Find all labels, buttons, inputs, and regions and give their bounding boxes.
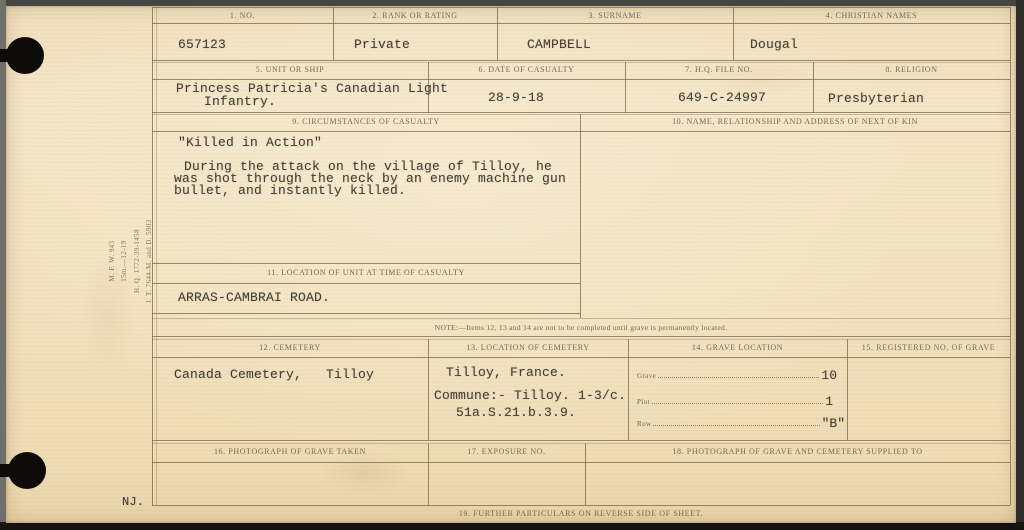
table-rule-horizontal: [152, 462, 1010, 463]
further-particulars-line: 19. FURTHER PARTICULARS ON REVERSE SIDE …: [152, 509, 1010, 518]
table-rule-horizontal: [152, 283, 580, 284]
table-rule-horizontal: [152, 62, 1010, 63]
row-row-label: Row: [637, 420, 651, 428]
table-rule-horizontal: [152, 318, 1010, 319]
field-religion-label: 8. RELIGION: [813, 65, 1010, 74]
table-rule-horizontal: [152, 79, 1010, 80]
table-rule-horizontal: [152, 339, 1010, 340]
field-surname-value: CAMPBELL: [527, 38, 591, 51]
field-photo-supplied-label: 18. PHOTOGRAPH OF GRAVE AND CEMETERY SUP…: [585, 447, 1010, 456]
table-rule-horizontal: [152, 443, 1010, 444]
field-exposure-no-label: 17. EXPOSURE NO.: [428, 447, 585, 456]
field-registered-no-label: 15. REGISTERED NO. OF GRAVE: [847, 343, 1010, 352]
grave-row-value: 10: [821, 369, 837, 382]
field-christian-names-value: Dougal: [750, 38, 798, 51]
row-row-value: "B": [822, 417, 845, 430]
cemetery-location-line2: Commune:- Tilloy. 1-3/c.: [434, 389, 626, 402]
dotted-leader: [658, 376, 819, 378]
field-next-of-kin-label: 10. NAME, RELATIONSHIP AND ADDRESS OF NE…: [580, 117, 1010, 126]
binder-hole: [8, 452, 46, 489]
field-rank-value: Private: [354, 38, 410, 51]
cemetery-location-line1: Tilloy, France.: [446, 366, 566, 379]
table-rule-horizontal: [152, 131, 1010, 132]
note-line: NOTE:—Items 12, 13 and 14 are not to be …: [152, 323, 1010, 332]
form-paper: [6, 6, 1016, 523]
field-date-of-casualty-label: 6. DATE OF CASUALTY: [428, 65, 625, 74]
binder-hole: [6, 37, 44, 74]
field-unit-label: 5. UNIT OR SHIP: [152, 65, 428, 74]
table-rule-horizontal: [152, 313, 580, 314]
field-unit-location-value: ARRAS-CAMBRAI ROAD.: [178, 291, 330, 304]
cemetery-location-line3: 51a.S.21.b.3.9.: [456, 406, 576, 419]
stamp-line: M. F. W. 943: [108, 240, 117, 281]
clerk-initials: NJ.: [122, 496, 144, 509]
field-grave-location-label: 14. GRAVE LOCATION: [628, 343, 847, 352]
table-rule-horizontal: [152, 336, 1010, 337]
field-unit-location-label: 11. LOCATION OF UNIT AT TIME OF CASUALTY: [152, 268, 580, 277]
field-photo-taken-label: 16. PHOTOGRAPH OF GRAVE TAKEN: [152, 447, 428, 456]
form-number-stamp: M. F. W. 943 15m.—12-19 H. Q. 1772-39-14…: [108, 166, 154, 356]
stamp-line: 15m.—12-19: [120, 240, 129, 282]
scan-edge-bottom: [0, 522, 1024, 530]
table-rule-vertical: [1010, 7, 1011, 505]
dotted-leader: [652, 402, 823, 404]
field-hq-file-no-label: 7. H.Q. FILE NO.: [625, 65, 813, 74]
circumstances-quote: "Killed in Action": [178, 136, 322, 149]
field-surname-label: 3. SURNAME: [497, 11, 733, 20]
field-circumstances-label: 9. CIRCUMSTANCES OF CASUALTY: [152, 117, 580, 126]
circumstances-line3: bullet, and instantly killed.: [174, 184, 406, 197]
table-rule-vertical: [156, 7, 157, 505]
table-rule-vertical: [152, 7, 153, 505]
grave-row: Grave 10: [637, 366, 837, 380]
table-rule-vertical: [847, 339, 848, 440]
table-rule-horizontal: [152, 60, 1010, 61]
field-unit-value-line2: Infantry.: [204, 95, 276, 108]
table-rule-horizontal: [152, 7, 1010, 8]
field-christian-names-label: 4. CHRISTIAN NAMES: [733, 11, 1010, 20]
stamp-line: H. Q. 1772-39-1458: [133, 229, 142, 293]
grave-row-label: Grave: [637, 372, 656, 380]
scanned-casualty-record: M. F. W. 943 15m.—12-19 H. Q. 1772-39-14…: [0, 0, 1024, 530]
table-rule-vertical: [628, 339, 629, 440]
field-rank-label: 2. RANK OR RATING: [333, 11, 497, 20]
plot-row: Plot 1: [637, 392, 833, 406]
table-rule-horizontal: [152, 23, 1010, 24]
table-rule-horizontal: [152, 114, 1010, 115]
field-cemetery-label: 12. CEMETERY: [152, 343, 428, 352]
field-date-of-casualty-value: 28-9-18: [488, 91, 544, 104]
scan-edge-right: [1016, 0, 1024, 530]
table-rule-horizontal: [152, 357, 1010, 358]
plot-row-value: 1: [825, 395, 833, 408]
field-cemetery-value: Canada Cemetery, Tilloy: [174, 368, 374, 381]
field-no-label: 1. NO.: [152, 11, 333, 20]
field-cemetery-location-label: 13. LOCATION OF CEMETERY: [428, 343, 628, 352]
field-no-value: 657123: [178, 38, 226, 51]
dotted-leader: [653, 424, 819, 426]
table-rule-vertical: [580, 114, 581, 318]
plot-row-label: Plot: [637, 398, 650, 406]
field-religion-value: Presbyterian: [828, 92, 924, 105]
field-hq-file-no-value: 649-C-24997: [678, 91, 766, 104]
table-rule-horizontal: [152, 263, 580, 264]
table-rule-horizontal: [152, 505, 1010, 506]
row-row: Row "B": [637, 414, 845, 428]
table-rule-horizontal: [152, 112, 1010, 113]
table-rule-vertical: [428, 339, 429, 440]
table-rule-horizontal: [152, 440, 1010, 441]
